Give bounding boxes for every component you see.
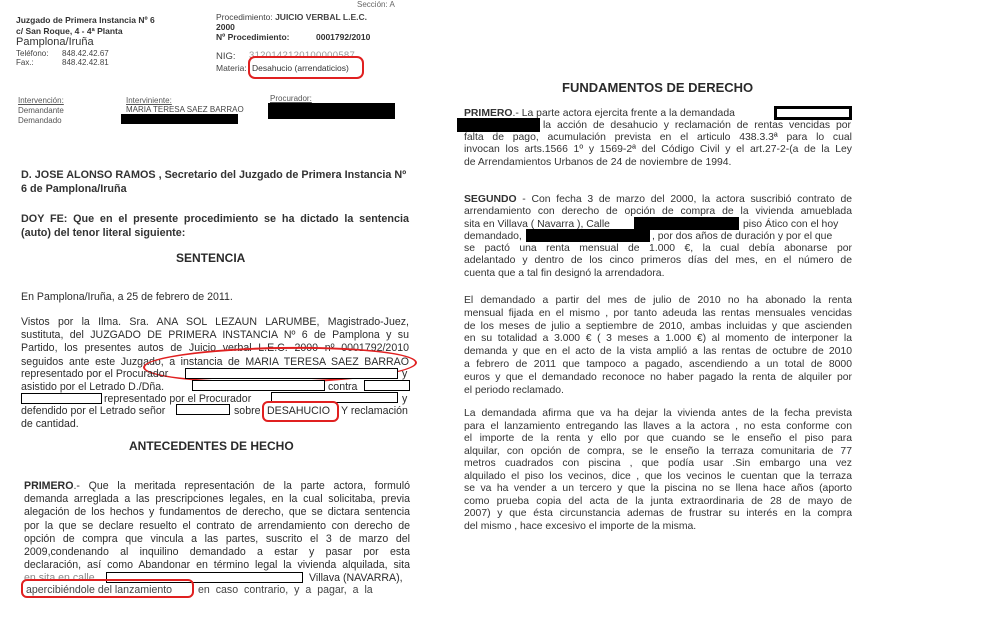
reclamacion-text: Y reclamación xyxy=(341,405,408,417)
doy-fe: DOY FE: Que en el presente procedimiento… xyxy=(21,212,409,240)
fund-line: SEGUNDO - Con fecha 3 de marzo del 2000,… xyxy=(464,194,852,206)
fund-primero-rest: falta de pago, acumulación prevista en e… xyxy=(464,132,852,169)
procedure-no-label: Nº Procedimiento: xyxy=(216,32,289,42)
procedure-label: Procedimiento: xyxy=(216,12,273,22)
court-address: c/ San Roque, 4 - 4ª Planta xyxy=(16,26,123,36)
fund-line: falta de pago, acumulación prevista en e… xyxy=(464,132,852,144)
parties-col1-label: Intervención: xyxy=(18,96,64,105)
sentencia-title: SENTENCIA xyxy=(176,251,245,265)
materia-label: Materia: xyxy=(216,63,247,73)
redacted-box xyxy=(176,404,230,415)
fund-line: de los meses de julio a septiembre de 20… xyxy=(464,321,852,334)
redacted-box xyxy=(192,380,325,391)
fund-line: como prueba copia del acta de la junta e… xyxy=(464,496,852,509)
fund-line: 2007) y que ésta circunstancia ademas de… xyxy=(464,508,852,521)
procedure-year: 2000 xyxy=(216,22,235,32)
lanzamiento-highlight xyxy=(21,579,194,598)
primero-line: 2009,condenando al inquilino demandado a… xyxy=(24,546,410,559)
antecedentes-title: ANTECEDENTES DE HECHO xyxy=(129,439,294,453)
fund-p4: La demandada afirma que va ha dejar la v… xyxy=(464,408,852,533)
fund-line: metros cuadrados con piscina , que podía… xyxy=(464,458,852,471)
procedure-value: JUICIO VERBAL L.E.C. xyxy=(275,12,367,22)
fax-value: 848.42.42.81 xyxy=(62,58,109,67)
vistos-line: sustituta, del JUZGADO DE PRIMERA INSTAN… xyxy=(21,329,409,342)
fund-segundo-label: SEGUNDO xyxy=(464,194,517,205)
redacted-box xyxy=(185,368,398,379)
redacted-box xyxy=(526,229,650,242)
fund-primero-b: la acción de desahucio y reclamación de … xyxy=(543,120,851,132)
sobre-text: sobre xyxy=(234,405,261,417)
court-city: Pamplona/Iruña xyxy=(16,36,94,48)
desahucio-highlight xyxy=(262,401,339,422)
primero-label: PRIMERO xyxy=(24,480,73,492)
fund-line: mensual fijada en el mismo , por tanto a… xyxy=(464,308,852,321)
phone-value: 848.42.42.67 xyxy=(62,49,109,58)
demandado-label: demandado, xyxy=(464,231,522,243)
fund-line: La demandada afirma que va ha dejar la v… xyxy=(464,408,852,421)
redacted-box xyxy=(457,118,540,132)
nig-label: NIG: xyxy=(216,51,236,62)
party-name-1: MARIA TERESA SAEZ BARRAO xyxy=(126,105,244,114)
fax-label: Fax.: xyxy=(16,58,34,67)
primero-line: demanda arreglada a las prescripciones l… xyxy=(24,493,410,506)
court-name: Juzgado de Primera Instancia Nº 6 xyxy=(16,15,155,25)
fundamentos-title: FUNDAMENTOS DE DERECHO xyxy=(562,80,753,95)
section-label: Sección: A xyxy=(357,0,395,9)
antecedentes-primero: PRIMERO.- Que la meritada representación… xyxy=(24,480,410,572)
fund-line: de Arrendamientos Urbanos de 24 de novie… xyxy=(464,157,852,169)
parties-col3-label: Procurador: xyxy=(270,94,312,103)
fund-line: el importe de la renta y ello por que cu… xyxy=(464,433,852,446)
rep-procurador-1: representado por el Procurador xyxy=(21,368,168,380)
date-line: En Pamplona/Iruña, a 25 de febrero de 20… xyxy=(21,291,233,303)
redacted-defendant xyxy=(121,114,238,124)
party-role-1: Demandante xyxy=(18,106,64,115)
fund-line: alquilado el piso los vecinos, dice , qu… xyxy=(464,471,852,484)
primero-line: PRIMERO.- Que la meritada representación… xyxy=(24,480,410,493)
defendido-text: defendido por el Letrado señor xyxy=(21,405,165,417)
fund-line: demanda y que en el acto de la vista amp… xyxy=(464,346,852,359)
fund-segundo-rest: se pactó una renta mensual de 1.000 €, l… xyxy=(464,243,852,280)
primero-line: opción de compra que vincula a las parte… xyxy=(24,533,410,546)
fund-line: invocan los arts.1566 1º y 1569-2ª del C… xyxy=(464,144,852,156)
asistido-text: asistido por el Letrado D./Dña. xyxy=(21,381,164,393)
fund-line: alquilar, con opción de compra, se le en… xyxy=(464,446,852,459)
redacted-box xyxy=(774,106,852,120)
fund-line: se pactó una renta mensual de 1.000 €, l… xyxy=(464,243,852,255)
parties-col2-label: Interviniente: xyxy=(126,96,172,105)
procedure-no-value: 0001792/2010 xyxy=(316,32,370,42)
procedure-line: Procedimiento: JUICIO VERBAL L.E.C. xyxy=(216,12,367,22)
caso-contrario-text: en caso contrario, y a pagar, a la xyxy=(198,584,373,596)
primero-line: declaración, así como Abandonar en térmi… xyxy=(24,559,410,572)
fund-p3: El demandado a partir del mes de julio d… xyxy=(464,295,852,397)
villava-text: Villava (NAVARRA), xyxy=(309,572,403,584)
y-2: y xyxy=(402,393,407,405)
redacted-procurador xyxy=(268,103,395,119)
redacted-box xyxy=(364,380,410,391)
y-1: y xyxy=(402,368,407,380)
fund-line: en su totalidad a 3.000 € ( 3 meses a 1.… xyxy=(464,333,852,346)
materia-highlight xyxy=(248,56,364,79)
fund-line: adelantado y dentro de los cinco primero… xyxy=(464,255,852,267)
vistos-line: Vistos por la Ilma. Sra. ANA SOL LEZAUN … xyxy=(21,316,409,329)
fund-line: a febrero de 2011 que tampoco a pagado, … xyxy=(464,359,852,372)
fund-line: del mismo , hace excesivo el importe de … xyxy=(464,521,852,534)
fund-line: se va ha vender a un tercero y que la pi… xyxy=(464,483,852,496)
party-role-2: Demandado xyxy=(18,116,62,125)
fund-line: euros y que el demandado reconoce no hab… xyxy=(464,372,852,385)
fund-segundo: SEGUNDO - Con fecha 3 de marzo del 2000,… xyxy=(464,194,852,219)
por-dos-anos: , por dos años de duración y por el que xyxy=(652,231,832,243)
phone-label: Teléfono: xyxy=(16,49,48,58)
fund-line: el periodo reclamado. xyxy=(464,385,852,398)
fund-line: El demandado a partir del mes de julio d… xyxy=(464,295,852,308)
piso-atico: piso Ático con el hoy xyxy=(743,219,838,231)
redacted-box xyxy=(21,393,102,404)
de-cantidad: de cantidad. xyxy=(21,418,79,430)
primero-line: alegación de los hechos y fundamentos de… xyxy=(24,506,410,519)
fund-line: cuenta que a tal fin designó la arrendad… xyxy=(464,268,852,280)
fund-line: para el lanzamiento entregando las llave… xyxy=(464,421,852,434)
primero-line: por la que se declare resuelto el contra… xyxy=(24,520,410,533)
secretary-line: D. JOSE ALONSO RAMOS , Secretario del Ju… xyxy=(21,168,409,196)
